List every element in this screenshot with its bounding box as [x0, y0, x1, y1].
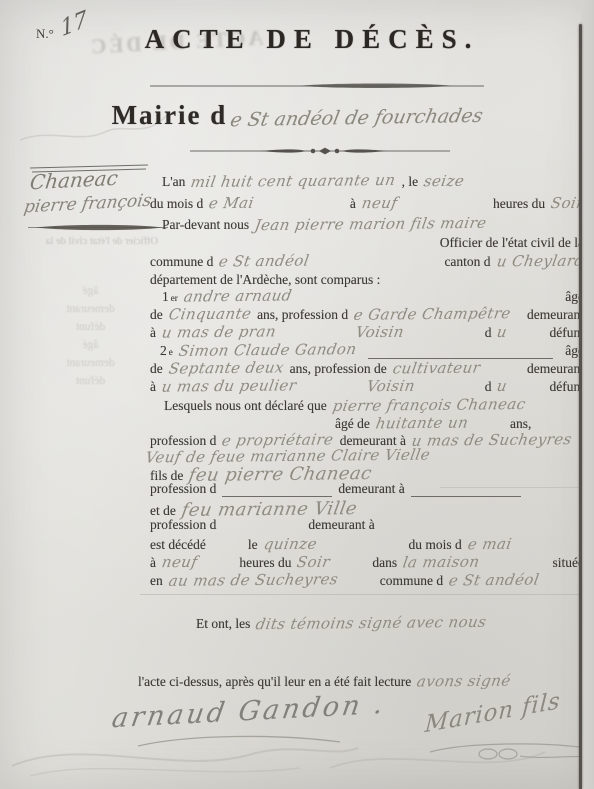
decorative-rule: [150, 82, 484, 90]
blank-rule: [222, 491, 332, 497]
printed-text: Et ont, les: [196, 616, 250, 632]
handwritten-text: dits témoins signé avec nous: [255, 613, 488, 633]
handwritten-text: neuf: [160, 553, 198, 571]
printed-text: commune d: [150, 254, 213, 270]
bleedthrough-flourish: [0, 724, 370, 784]
mairie-line: Mairie de St andéol de fourchades: [0, 100, 594, 131]
printed-text: est décédé: [150, 537, 206, 553]
bleedthrough-word: défunt: [28, 321, 153, 339]
bleedthrough-text: Officier de l'état civil de la: [28, 236, 158, 247]
bleedthrough-word: demeurant: [28, 303, 153, 321]
printed-text: à: [150, 379, 156, 395]
printed-text: ans,: [510, 416, 531, 432]
document-line: 1erandre arnaudâgé: [150, 287, 584, 305]
handwritten-text: u: [496, 323, 509, 341]
handwritten-text: neuf: [360, 194, 398, 212]
document-line: àneufheures duSoirdansla maisonsituée: [150, 553, 584, 571]
document-line: profession ddemeurant à: [150, 481, 584, 497]
printed-text: à: [350, 196, 356, 212]
printed-text: heures du: [239, 555, 291, 571]
bleedthrough-word: défunt: [28, 375, 153, 393]
printed-text: profession d: [150, 517, 216, 533]
document-line: commune de St andéolcanton du Cheylard: [150, 252, 584, 270]
document-line: àu mas du peulierVoisindudéfunt: [150, 377, 584, 395]
adjacent-page-strip: [581, 0, 594, 789]
scan-crease: [440, 487, 592, 488]
handwritten-text: e Mai: [208, 194, 256, 212]
handwritten-text: avons signé: [416, 672, 513, 691]
printed-text: d: [485, 325, 492, 341]
handwritten-text: huitante un: [374, 414, 469, 433]
printed-text: le: [248, 537, 258, 553]
handwritten-text: mil huit cent quarante un: [190, 171, 398, 191]
printed-text: âgé de: [335, 416, 370, 432]
printed-text: demeurant à: [338, 481, 404, 497]
handwritten-text: Cinquante: [167, 305, 252, 324]
printed-text: du mois d: [409, 537, 462, 553]
margin-flourish-rule: [28, 223, 168, 232]
printed-text: à: [150, 555, 156, 571]
official-signature: Marion fils: [424, 688, 561, 739]
printed-text: Officier de l'état civil de la: [440, 235, 584, 251]
handwritten-text: e Garde Champêtre: [353, 304, 513, 324]
handwritten-text: seize: [423, 172, 466, 190]
page-title: ACTE DE DÉCÈS.: [60, 24, 564, 55]
handwritten-text: au mas de Sucheyres: [167, 570, 339, 590]
handwritten-text: andre arnaud: [182, 286, 293, 305]
handwritten-text: e St andéol: [448, 571, 541, 590]
printed-text: 1: [162, 289, 169, 305]
decorative-rule: [190, 146, 450, 156]
document-line: L'anmil huit cent quarante un, leseize: [150, 172, 584, 190]
signature-flourish: [130, 730, 350, 756]
printed-text: l'acte ci-dessus, après qu'il leur en a …: [138, 674, 411, 690]
document-line: enau mas de Sucheyrescommune de St andéo…: [150, 571, 584, 589]
document-line: Officier de l'état civil de la: [150, 235, 584, 251]
printed-text: département de l'Ardèche, sont comparus …: [150, 272, 380, 288]
document-line: deSeptante deuxans, profession decultiva…: [150, 359, 584, 377]
printed-text: commune d: [380, 573, 443, 589]
printed-text: d: [485, 379, 492, 395]
handwritten-text: Voisin: [355, 323, 406, 342]
printed-text: ans, profession d: [257, 307, 348, 323]
printed-text: de: [150, 361, 163, 377]
handwritten-text: u: [496, 377, 509, 395]
handwritten-text: Simon Claude Gandon: [177, 340, 358, 360]
printed-superscript: e: [169, 347, 173, 357]
printed-text: Lesquels nous ont déclaré que: [164, 398, 327, 414]
handwritten-text: cultivateur: [391, 359, 481, 378]
printed-text: Par-devant nous: [162, 217, 249, 233]
printed-text: en: [150, 573, 163, 589]
page-edge-line: [579, 24, 582, 789]
printed-text: heures du: [493, 196, 545, 212]
printed-text: demeurant: [527, 307, 584, 323]
printed-text: ans, profession de: [290, 361, 387, 377]
document-line: Et ont, lesdits témoins signé avec nous: [150, 614, 584, 632]
bleedthrough-word: demeurant: [28, 357, 153, 375]
handwritten-text: la maison: [402, 553, 482, 572]
blank-rule: [411, 491, 521, 497]
document-line: âgé dehuitante unans,: [150, 414, 584, 432]
bleedthrough-flourish: [320, 736, 560, 786]
document-line: du mois de Maiàneufheures duSoir: [150, 194, 584, 212]
printed-text: L'an: [162, 174, 185, 190]
handwritten-text: Septante deux: [167, 358, 285, 377]
printed-text: de: [150, 307, 163, 323]
act-number-label: N.°: [36, 26, 54, 42]
bleedthrough-word: âgé: [28, 339, 153, 357]
deceased-margin-name-line1: Chaneac: [29, 166, 120, 195]
mairie-label: Mairie d: [112, 100, 228, 130]
handwritten-text: u mas de pran: [160, 322, 277, 341]
printed-text: demeurant: [527, 361, 584, 377]
document-line: àu mas de pranVoisindudéfunt: [150, 323, 584, 341]
document-line: 2eSimon Claude Gandonâgé: [150, 341, 584, 359]
document-line: deCinquanteans, profession de Garde Cham…: [150, 305, 584, 323]
document-line: Par-devant nousJean pierre marion fils m…: [150, 215, 584, 233]
mairie-handwritten-value: e St andéol de fourchades: [229, 105, 485, 131]
handwritten-text: pierre françois Chaneac: [331, 395, 527, 415]
printed-text: dans: [372, 555, 397, 571]
printed-text: profession d: [150, 481, 216, 497]
signature-flourish: [426, 738, 594, 768]
handwritten-text: Jean pierre marion fils maire: [253, 214, 488, 234]
deceased-margin-name-line2: pierre françois: [22, 191, 153, 218]
handwritten-text: Voisin: [365, 377, 416, 396]
printed-text: du mois d: [150, 196, 203, 212]
printed-text: canton d: [444, 254, 490, 270]
printed-text: à: [150, 325, 156, 341]
document-line: département de l'Ardèche, sont comparus …: [150, 272, 584, 288]
handwritten-text: quinze: [262, 535, 318, 554]
handwritten-text: e St andéol: [218, 252, 311, 271]
handwritten-text: u mas du peulier: [160, 376, 298, 395]
printed-text: , le: [402, 174, 419, 190]
bleedthrough-word: âgé: [28, 285, 153, 303]
document-line: est décédélequinzedu mois de mai: [150, 535, 584, 553]
handwritten-text: u Cheylard: [495, 252, 586, 271]
printed-text: demeurant à: [308, 517, 374, 533]
printed-text: 2: [160, 343, 167, 359]
death-certificate-page: ACTE DE DÉCÈS. Officier de l'état civil …: [0, 0, 594, 789]
document-line: profession ddemeurant à: [150, 517, 584, 533]
handwritten-text: Soir: [296, 553, 332, 571]
handwritten-text: e mai: [466, 535, 513, 553]
document-line: l'acte ci-dessus, après qu'il leur en a …: [138, 672, 584, 690]
witnesses-signature: arnaud Gandon .: [110, 689, 388, 735]
document-line: Lesquels nous ont déclaré quepierre fran…: [150, 396, 584, 414]
scan-crease: [140, 594, 592, 595]
printed-superscript: er: [171, 293, 178, 303]
bleedthrough-words-column: âgédemeurantdéfuntâgédemeurantdéfunt: [28, 285, 153, 393]
